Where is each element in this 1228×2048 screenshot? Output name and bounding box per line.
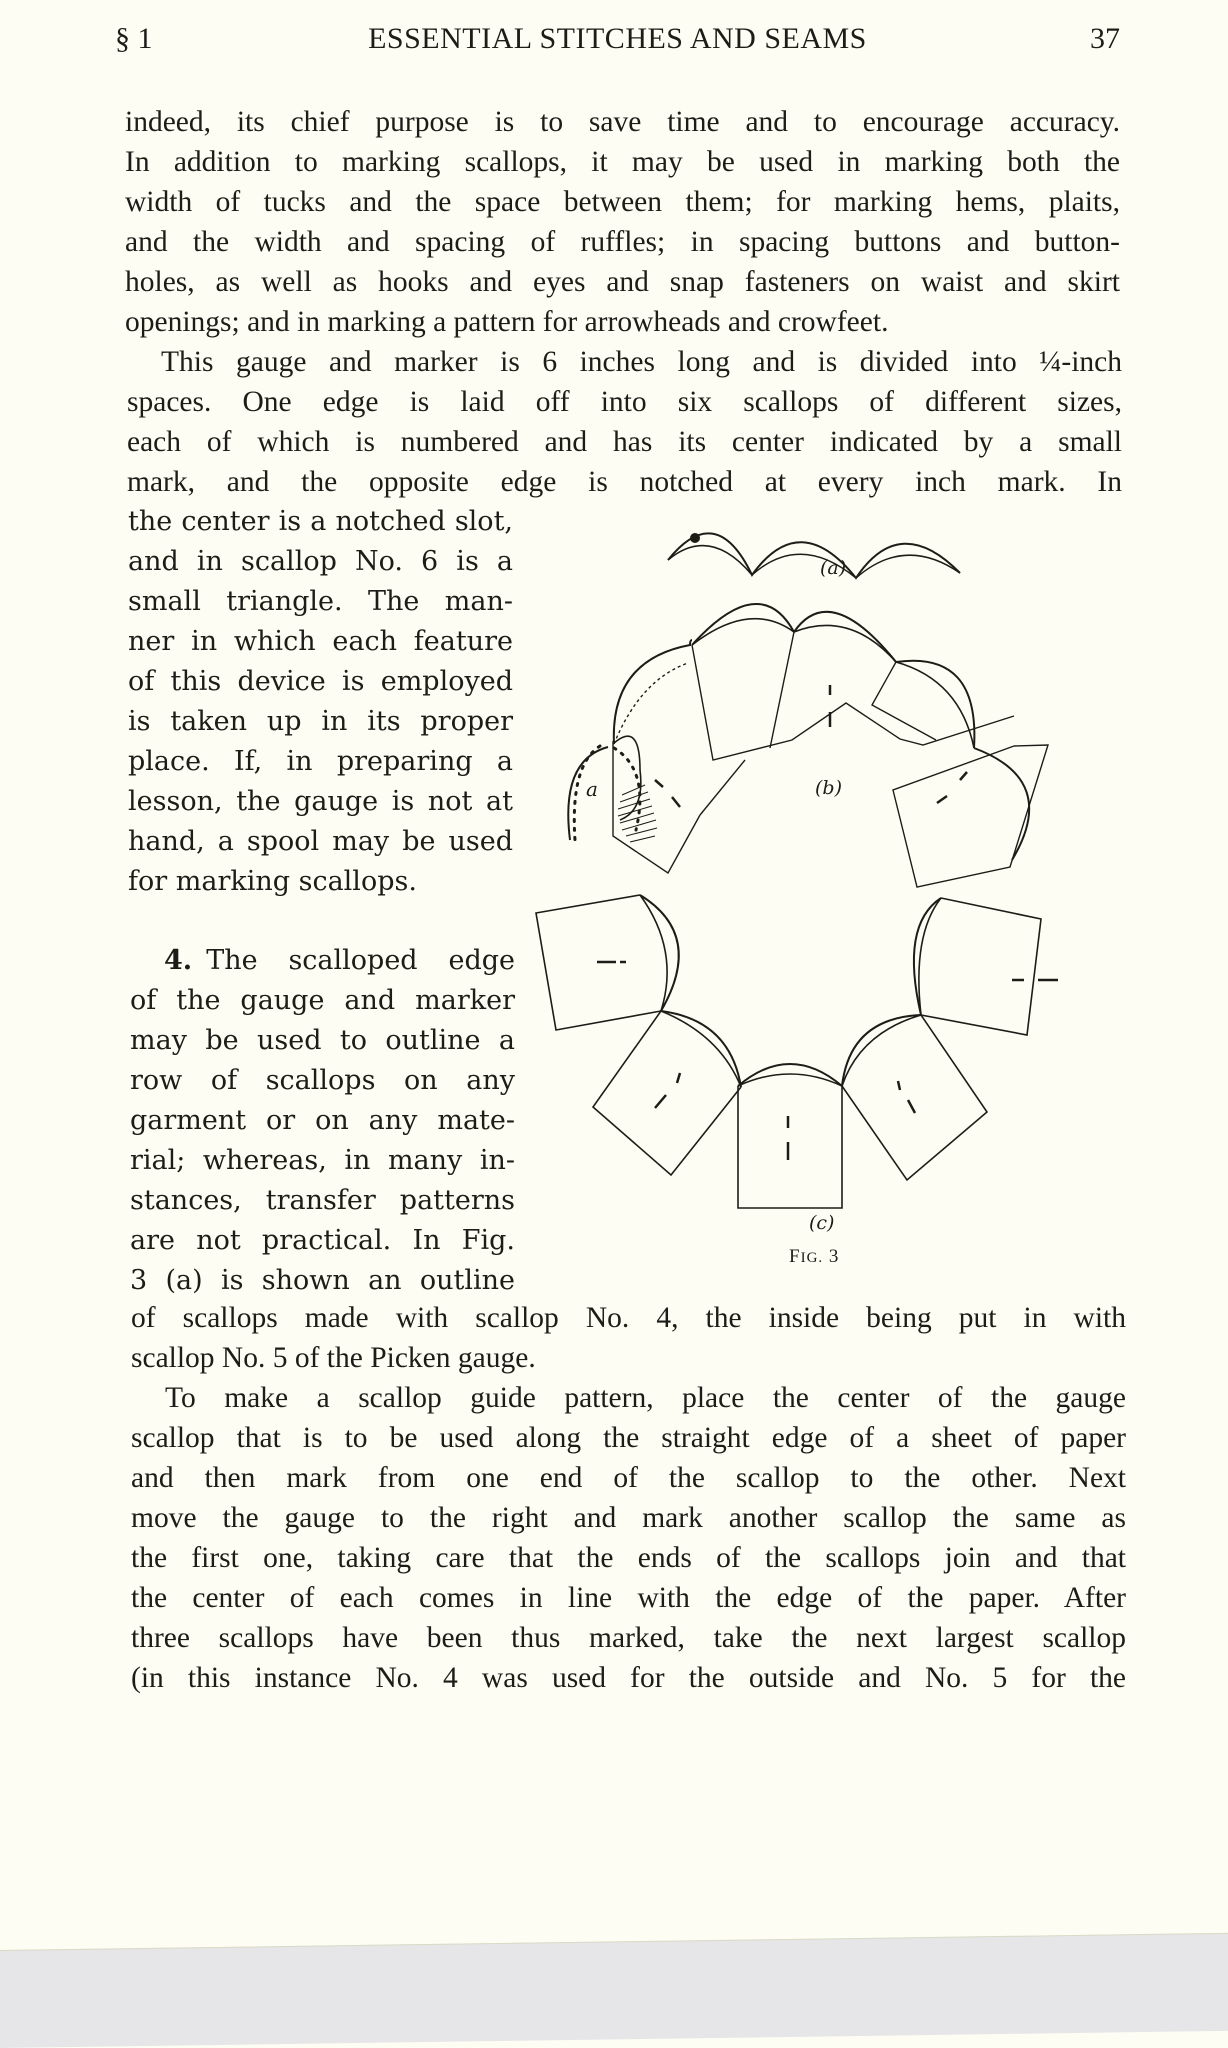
caption-prefix: F: [789, 1246, 801, 1267]
text-line: scallop that is to be used along the str…: [131, 1418, 1126, 1458]
figure-inner-label-a: a: [586, 777, 598, 801]
scallop-arc-c: [536, 895, 1058, 1208]
text-line: To make a scallop guide pattern, place t…: [131, 1378, 1126, 1418]
text-line: the center is a notched slot,: [128, 502, 513, 542]
caption-smallcaps: IG.: [801, 1250, 824, 1266]
text-line: three scallops have been thus marked, ta…: [131, 1618, 1126, 1658]
text-line: and the width and spacing of ruffles; in…: [125, 222, 1120, 262]
page-edge-shadow: [0, 1933, 1228, 2048]
text-line: rial; whereas, in many in-: [130, 1141, 515, 1181]
text-line: of the gauge and marker: [130, 981, 515, 1021]
text-line: row of scallops on any: [130, 1061, 515, 1101]
text-line: spaces. One edge is laid off into six sc…: [127, 382, 1122, 422]
running-head: § 1 ESSENTIAL STITCHES AND SEAMS 37: [115, 22, 1120, 62]
text-line: stances, transfer patterns: [130, 1181, 515, 1221]
text-line: 3 (a) is shown an outline: [130, 1261, 515, 1301]
paragraph-2-wrap: the center is a notched slot, and in sca…: [128, 502, 513, 902]
spool-hatching: [618, 785, 657, 842]
section-number: 4.: [164, 945, 192, 976]
scallop-arc-b: [568, 604, 1048, 887]
paragraph-2: This gauge and marker is 6 inches long a…: [127, 342, 1122, 502]
text-line: the first one, taking care that the ends…: [131, 1538, 1126, 1578]
text-line: scallop No. 5 of the Picken gauge.: [131, 1338, 1126, 1378]
scallop-diagram: [530, 515, 1130, 1275]
section-4-continued: of scallops made with scallop No. 4, the…: [131, 1298, 1126, 1378]
text-line: move the gauge to the right and mark ano…: [131, 1498, 1126, 1538]
text-line: This gauge and marker is 6 inches long a…: [127, 342, 1122, 382]
text-line: of this device is employed: [128, 662, 513, 702]
tack-icons: [655, 685, 967, 807]
text-line: is taken up in its proper: [128, 702, 513, 742]
text-line: of scallops made with scallop No. 4, the…: [131, 1298, 1126, 1338]
figure-3: (a) (b) a (c) FIG. 3: [530, 515, 1130, 1275]
text-line: indeed, its chief purpose is to save tim…: [125, 102, 1120, 142]
text-line: garment or on any mate-: [130, 1101, 515, 1141]
text-line: and then mark from one end of the scallo…: [131, 1458, 1126, 1498]
chapter-title: ESSENTIAL STITCHES AND SEAMS: [115, 22, 1120, 56]
text-line: lesson, the gauge is not at: [128, 782, 513, 822]
text-line: ner in which each feature: [128, 622, 513, 662]
text-line: mark, and the opposite edge is notched a…: [127, 462, 1122, 502]
section-4: 4.The scalloped edge of the gauge and ma…: [130, 941, 515, 1301]
text-line: 4.The scalloped edge: [130, 941, 515, 981]
paragraph-1: indeed, its chief purpose is to save tim…: [125, 102, 1120, 342]
text-line: are not practical. In Fig.: [130, 1221, 515, 1261]
text-line: and in scallop No. 6 is a: [128, 542, 513, 582]
paragraph-3: To make a scallop guide pattern, place t…: [131, 1378, 1126, 1698]
text-line: hand, a spool may be used: [128, 822, 513, 862]
text-line: each of which is numbered and has its ce…: [127, 422, 1122, 462]
figure-caption: FIG. 3: [789, 1246, 839, 1268]
scallop-row-a: [668, 533, 960, 578]
page-number: 37: [1090, 22, 1120, 56]
text-line: holes, as well as hooks and eyes and sna…: [125, 262, 1120, 302]
text-line: width of tucks and the space between the…: [125, 182, 1120, 222]
figure-label-a: (a): [820, 557, 846, 579]
figure-label-c: (c): [809, 1212, 834, 1234]
caption-number: 3: [829, 1246, 840, 1267]
text-line: for marking scallops.: [128, 862, 513, 902]
figure-label-b: (b): [815, 777, 842, 799]
text-line: place. If, in preparing a: [128, 742, 513, 782]
text-line: In addition to marking scallops, it may …: [125, 142, 1120, 182]
text-line: openings; and in marking a pattern for a…: [125, 302, 1120, 342]
text-line: (in this instance No. 4 was used for the…: [131, 1658, 1126, 1698]
section-4-first-line: The scalloped edge: [206, 945, 515, 976]
text-line: small triangle. The man-: [128, 582, 513, 622]
text-line: the center of each comes in line with th…: [131, 1578, 1126, 1618]
text-line: may be used to outline a: [130, 1021, 515, 1061]
